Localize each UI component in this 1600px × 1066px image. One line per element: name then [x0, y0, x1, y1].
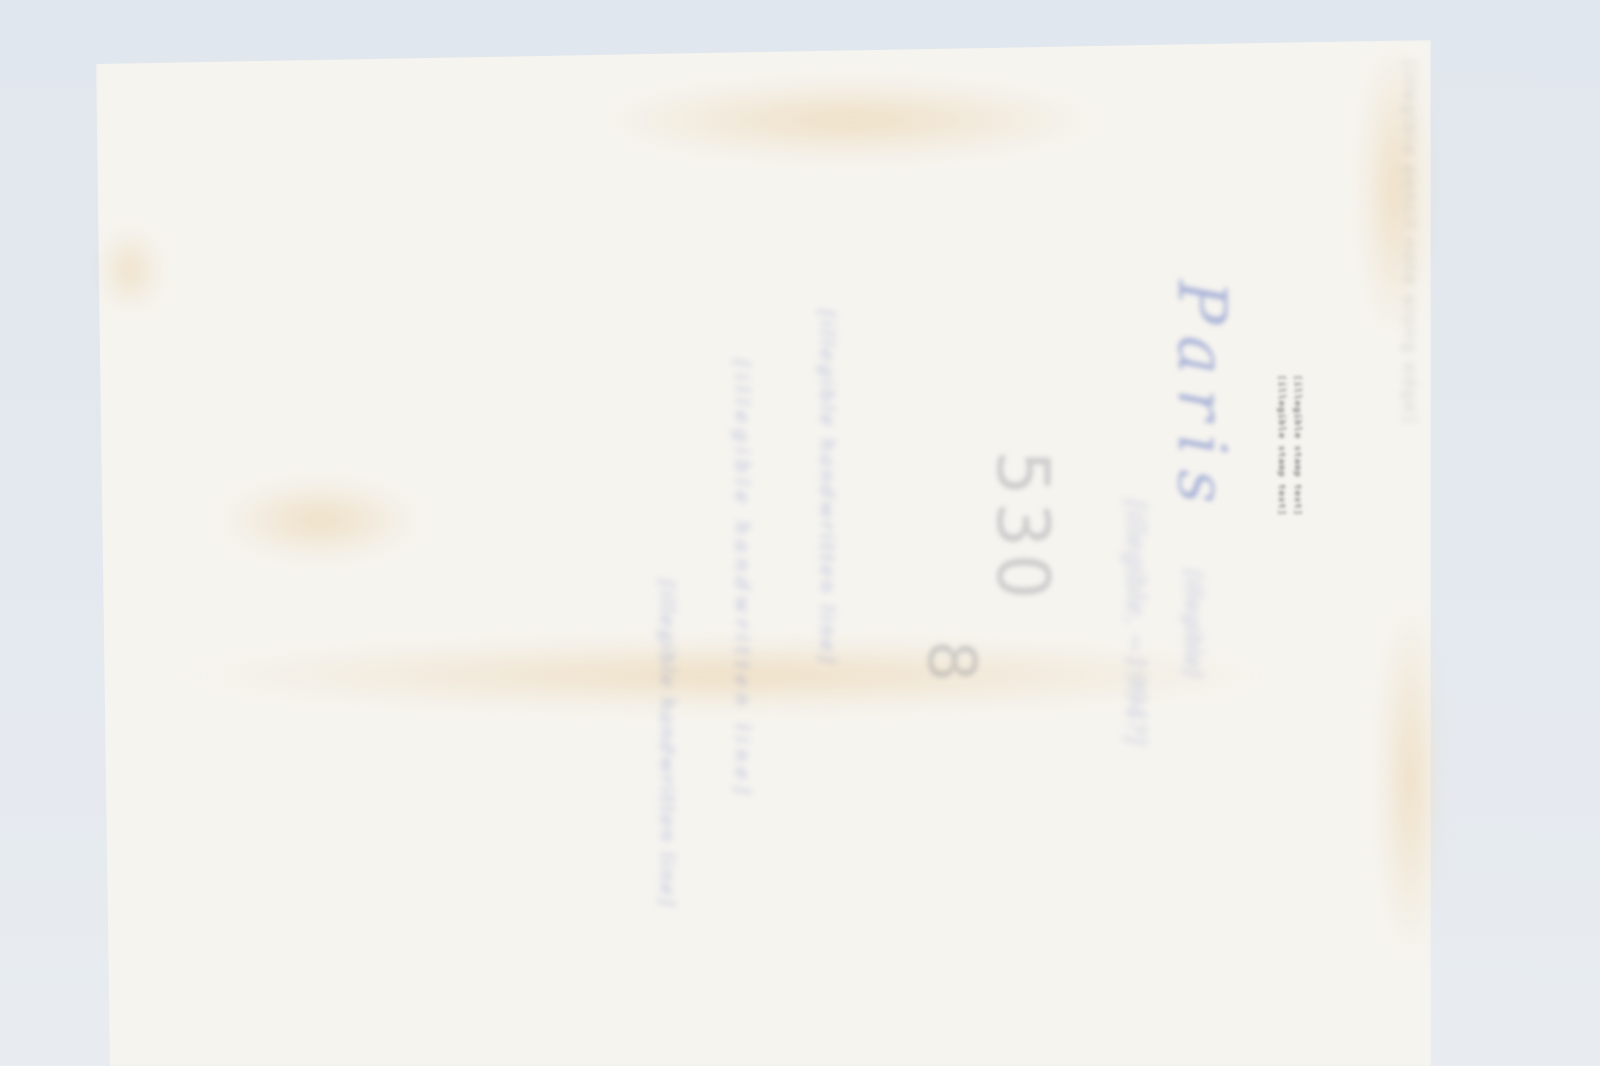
handwritten-line: [illegible handwritten line]	[731, 360, 755, 799]
pencil-edge-note: [illegible pencil note along edge]	[1399, 60, 1420, 424]
handwritten-line: [illegible handwritten line]	[816, 310, 840, 665]
handwritten-line: [illegible handwritten line]	[656, 580, 680, 907]
stamp: [illegible stamp text] [illegible stamp …	[1273, 375, 1305, 516]
stamp-line: [illegible stamp text]	[1289, 375, 1305, 516]
pencil-number: 530	[981, 450, 1065, 605]
handwritten-line: [illegible]	[1180, 570, 1205, 677]
pencil-number: 8	[913, 640, 990, 682]
paper-stain	[1380, 600, 1440, 960]
stamp-line: [illegible stamp text]	[1273, 375, 1289, 516]
paper-stain	[100, 230, 160, 310]
paper-stain	[600, 80, 1100, 160]
paper-stain	[180, 640, 1280, 710]
paper-stain	[220, 480, 420, 560]
handwritten-line: [illegible, ~1994?]	[1120, 500, 1150, 744]
handwritten-line: Paris	[1163, 280, 1240, 517]
